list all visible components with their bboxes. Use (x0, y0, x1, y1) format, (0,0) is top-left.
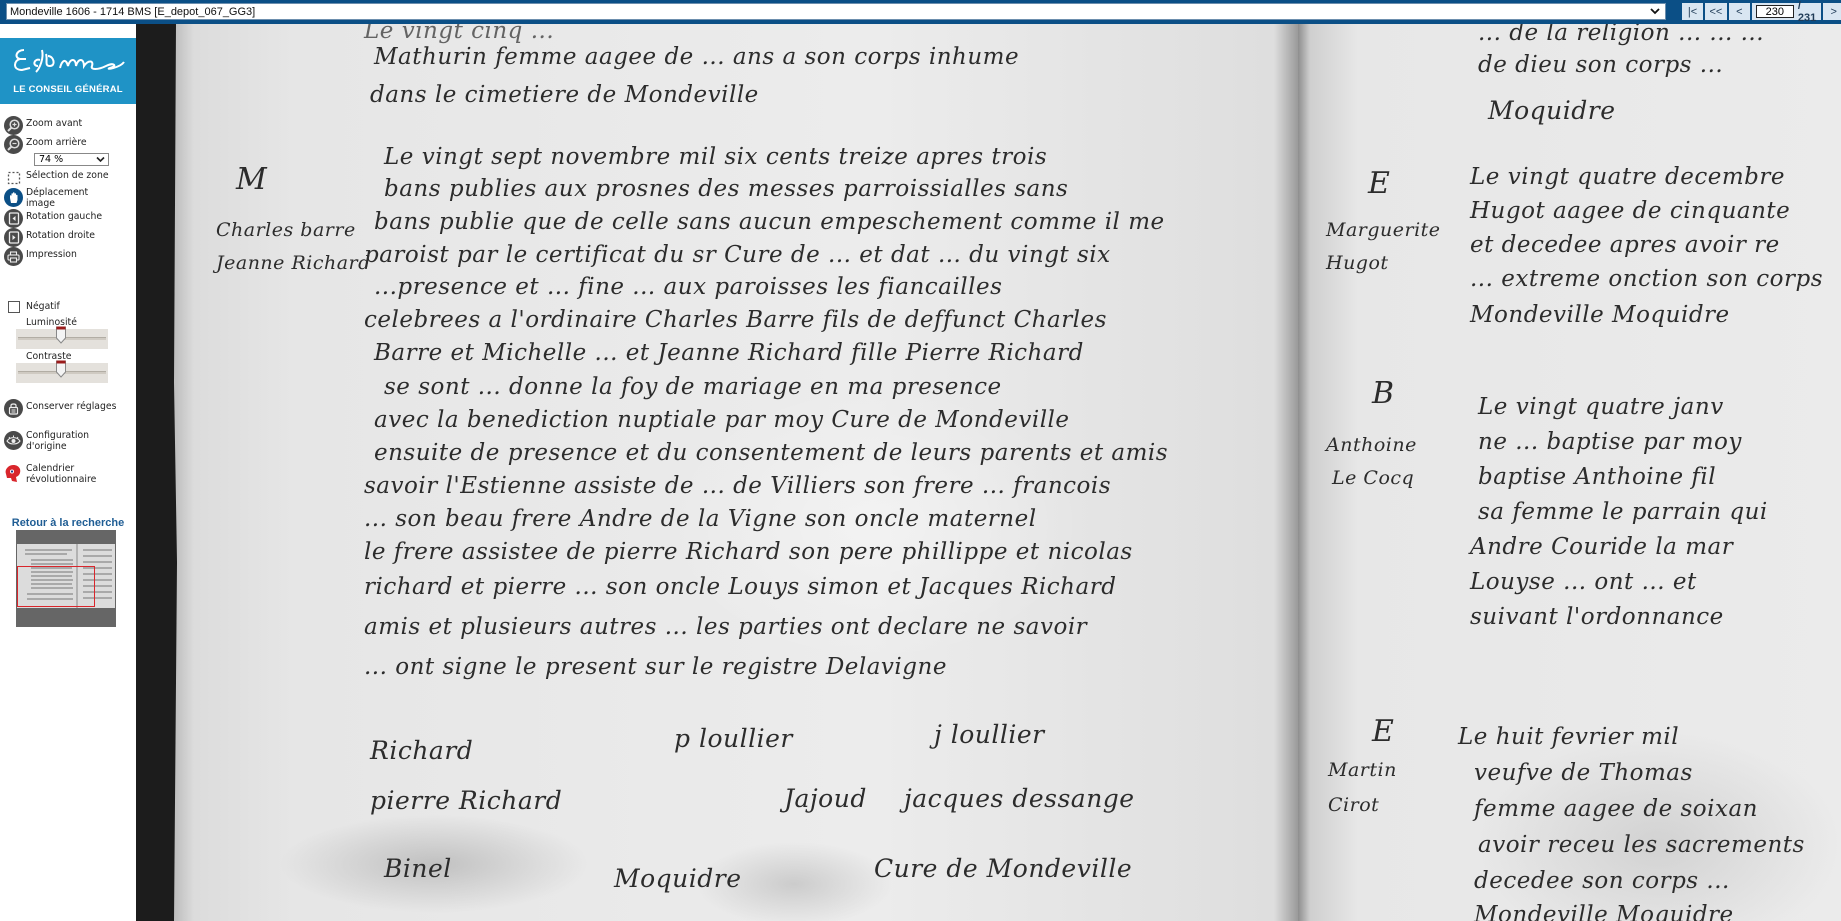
margin-note-name: Marguerite (1326, 219, 1441, 241)
text-line: Mondeville Moquidre (1474, 902, 1734, 921)
fast-back-button[interactable]: << (1705, 3, 1727, 20)
brightness-label: Luminosité (26, 317, 77, 328)
register-page-left: M Charles barre Jeanne Richard Le vingt … (174, 24, 1298, 921)
lock-icon (4, 399, 23, 418)
zoom-out-icon (4, 135, 23, 154)
document-select[interactable]: Mondeville 1606 - 1714 BMS [E_depot_067_… (6, 3, 1666, 20)
signature: Binel (384, 854, 452, 883)
revolutionary-calendar-tool[interactable]: Calendrierrévolutionnaire (4, 464, 96, 485)
signature: Moquidre (1488, 96, 1616, 125)
essonne-script-logo (10, 44, 126, 74)
total-pages: / 231 (1798, 0, 1817, 24)
signature: p loullier (674, 724, 793, 753)
text-line: se sont ... donne la foy de mariage en m… (384, 374, 1002, 400)
text-line: Louyse ... ont ... et (1470, 569, 1697, 595)
margin-note: Jeanne Richard (216, 252, 371, 274)
sidebar: LE CONSEIL GÉNÉRAL Zoom avant Zoom arriè… (0, 24, 136, 921)
page-number-input[interactable] (1756, 5, 1794, 18)
margin-note: M (236, 162, 267, 197)
text-line: Mathurin femme aagee de ... ans a son co… (374, 44, 1019, 70)
first-page-button[interactable]: |< (1682, 3, 1703, 20)
zoom-in-label: Zoom avant (26, 116, 82, 130)
text-line: Andre Couride la mar (1470, 534, 1733, 560)
rotate-right-label: Rotation droite (26, 228, 95, 242)
signature: jacques dessange (904, 784, 1135, 813)
hand-icon (4, 188, 23, 207)
reset-configuration-label: Configurationd'origine (26, 431, 89, 452)
zone-selection-label: Sélection de zone (26, 170, 109, 182)
text-line: ...presence et ... fine ... aux paroisse… (374, 274, 1002, 300)
text-line: ... ont signe le present sur le registre… (364, 654, 947, 680)
keep-settings-label: Conserver réglages (26, 399, 116, 413)
text-line: richard et pierre ... son oncle Louys si… (364, 574, 1116, 600)
signature: Richard (370, 736, 473, 765)
print-icon (4, 247, 23, 266)
text-line: dans le cimetiere de Mondeville (370, 82, 759, 108)
zoom-out-tool[interactable]: Zoom arrière (4, 135, 87, 154)
logo-subtitle: LE CONSEIL GÉNÉRAL (0, 84, 136, 95)
print-tool[interactable]: Impression (4, 247, 77, 266)
margin-note-letter: E (1372, 714, 1394, 749)
signature: Jajoud (784, 784, 867, 813)
eye-icon (4, 431, 23, 450)
text-line: amis et plusieurs autres ... les parties… (364, 614, 1087, 640)
text-line: de dieu son corps ... (1478, 52, 1723, 78)
pan-image-label: Déplacementimage (26, 188, 88, 209)
text-line: Hugot aagee de cinquante (1470, 198, 1790, 224)
revolutionary-calendar-label: Calendrierrévolutionnaire (26, 464, 96, 485)
brightness-slider[interactable] (16, 329, 108, 349)
rotate-left-icon (4, 209, 23, 228)
margin-note-name: Hugot (1326, 252, 1389, 274)
text-line: ... de la religion ... ... ... (1478, 24, 1764, 46)
zone-selection-tool[interactable]: Sélection de zone (4, 170, 109, 185)
chevron-down-icon (96, 156, 105, 163)
negative-label: Négatif (26, 301, 60, 312)
pan-image-tool[interactable]: Déplacementimage (4, 188, 88, 209)
zoom-out-label: Zoom arrière (26, 135, 87, 149)
top-bar: Mondeville 1606 - 1714 BMS [E_depot_067_… (0, 0, 1841, 24)
signature: Moquidre (614, 864, 742, 893)
register-page-right: E Marguerite Hugot B Anthoine Le Cocq E … (1298, 24, 1841, 921)
slider-thumb-icon[interactable] (56, 326, 66, 344)
essonne-logo[interactable]: LE CONSEIL GÉNÉRAL (0, 38, 136, 104)
rotate-left-label: Rotation gauche (26, 209, 102, 223)
print-label: Impression (26, 247, 77, 261)
document-viewer[interactable]: M Charles barre Jeanne Richard Le vingt … (136, 24, 1841, 921)
zoom-in-icon (4, 116, 23, 135)
slider-thumb-icon[interactable] (56, 360, 66, 378)
text-line: avoir receu les sacrements (1478, 832, 1805, 858)
contrast-slider[interactable] (16, 363, 108, 383)
text-line: savoir l'Estienne assiste de ... de Vill… (364, 473, 1111, 499)
negative-checkbox[interactable] (8, 301, 20, 313)
text-line: et decedee apres avoir re (1470, 232, 1780, 258)
text-line: celebrees a l'ordinaire Charles Barre fi… (364, 307, 1107, 333)
text-line: baptise Anthoine fil (1478, 464, 1716, 490)
text-line: Barre et Michelle ... et Jeanne Richard … (374, 340, 1084, 366)
margin-note-name: Anthoine (1326, 434, 1417, 456)
keep-settings-tool[interactable]: Conserver réglages (4, 399, 116, 418)
next-page-button[interactable]: > (1823, 3, 1841, 20)
page-thumbnail-navigator[interactable] (16, 530, 116, 627)
text-line: Le vingt quatre janv (1478, 394, 1724, 420)
margin-note: Charles barre (216, 219, 356, 241)
text-line: avec la benediction nuptiale par moy Cur… (374, 407, 1070, 433)
text-line: bans publies aux prosnes des messes parr… (384, 176, 1068, 202)
signature: pierre Richard (370, 786, 562, 815)
text-line: femme aagee de soixan (1474, 796, 1758, 822)
text-line: paroist par le certificat du sr Cure de … (364, 242, 1111, 268)
margin-note-name: Martin (1328, 759, 1397, 781)
text-line: Mondeville Moquidre (1470, 302, 1730, 328)
text-line: Le huit fevrier mil (1458, 724, 1679, 750)
text-line: Le vingt sept novembre mil six cents tre… (384, 144, 1047, 170)
rotate-right-icon (4, 228, 23, 247)
reset-configuration-tool[interactable]: Configurationd'origine (4, 431, 89, 452)
text-line: Le vingt quatre decembre (1470, 164, 1785, 190)
zoom-level-select[interactable]: 74 % (34, 153, 109, 166)
margin-note-name: Le Cocq (1332, 467, 1414, 489)
text-line: veufve de Thomas (1474, 760, 1693, 786)
text-line: ... extreme onction son corps (1470, 266, 1823, 292)
text-line: suivant l'ordonnance (1470, 604, 1724, 630)
text-line: decedee son corps ... (1474, 868, 1730, 894)
margin-note-name: Cirot (1328, 794, 1379, 816)
page-indicator: / 231 (1752, 3, 1821, 20)
text-line: ne ... baptise par moy (1478, 429, 1742, 455)
signature: j loullier (934, 720, 1045, 749)
document-title: Mondeville 1606 - 1714 BMS [E_depot_067_… (10, 6, 255, 18)
text-line: ... son beau frere Andre de la Vigne son… (364, 506, 1037, 532)
page-navigation: |< << < / 231 > (1682, 3, 1841, 20)
marianne-icon (4, 464, 23, 483)
text-line: ensuite de presence et du consentement d… (374, 440, 1168, 466)
text-line: Le vingt cinq ... (364, 24, 554, 44)
text-line: sa femme le parrain qui (1478, 499, 1768, 525)
signature: Cure de Mondeville (874, 854, 1132, 883)
viewport-indicator[interactable] (17, 566, 95, 607)
rotate-right-tool[interactable]: Rotation droite (4, 228, 95, 247)
rotate-left-tool[interactable]: Rotation gauche (4, 209, 102, 228)
margin-note-letter: B (1372, 376, 1395, 411)
zoom-level-value: 74 % (39, 154, 63, 165)
text-line: le frere assistee de pierre Richard son … (364, 539, 1133, 565)
margin-note-letter: E (1368, 166, 1390, 201)
chevron-down-icon (1649, 5, 1661, 17)
previous-page-button[interactable]: < (1729, 3, 1750, 20)
text-line: bans publie que de celle sans aucun empe… (374, 209, 1165, 235)
zoom-in-tool[interactable]: Zoom avant (4, 116, 82, 135)
selection-icon (4, 170, 23, 185)
back-to-search-link[interactable]: Retour à la recherche (0, 517, 136, 529)
